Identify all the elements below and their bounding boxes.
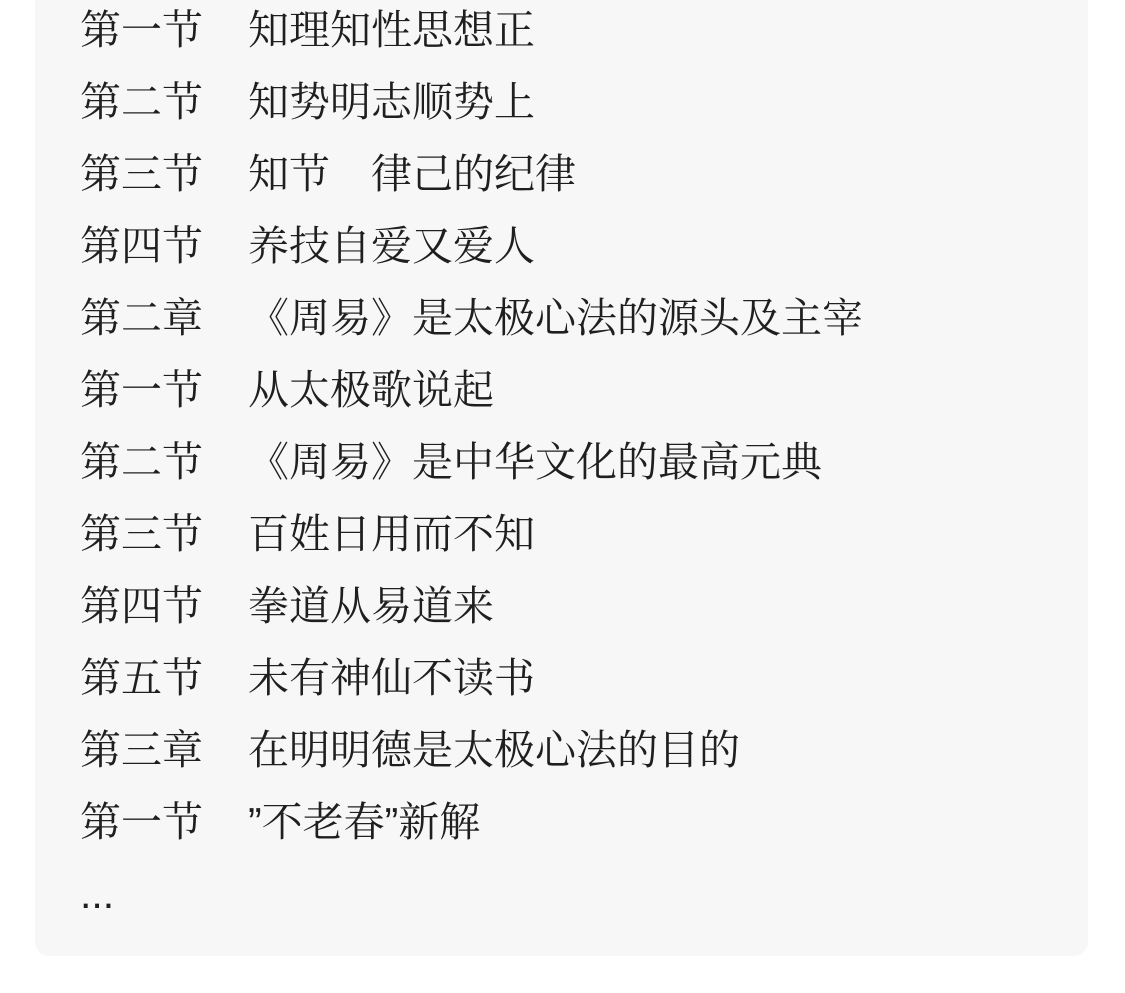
toc-entry-number: 第二节 xyxy=(80,66,248,138)
toc-entry-title: 《周易》是中华文化的最高元典 xyxy=(248,426,1058,498)
toc-entry-section: 第一节 从太极歌说起 xyxy=(80,354,1058,426)
toc-entry-title: 从太极歌说起 xyxy=(248,354,1058,426)
toc-entry-chapter: 第三章 在明明德是太极心法的目的 xyxy=(80,714,1058,786)
toc-entry-title: 知理知性思想正 xyxy=(248,0,1058,66)
toc-entry-number: 第三节 xyxy=(80,138,248,210)
toc-entry-section: 第一节 ”不老春”新解 xyxy=(80,786,1058,858)
toc-list: 第一节 知理知性思想正 第二节 知势明志顺势上 第三节 知节 律己的纪律 第四节… xyxy=(80,0,1058,930)
toc-entry-section: 第二节 《周易》是中华文化的最高元典 xyxy=(80,426,1058,498)
toc-entry-title: 养技自爱又爱人 xyxy=(248,210,1058,282)
toc-entry-section: 第三节 知节 律己的纪律 xyxy=(80,138,1058,210)
toc-ellipsis: ... xyxy=(80,858,1058,930)
toc-entry-number: 第一节 xyxy=(80,786,248,858)
toc-entry-section: 第五节 未有神仙不读书 xyxy=(80,642,1058,714)
toc-entry-title: 知势明志顺势上 xyxy=(248,66,1058,138)
toc-entry-number: 第三节 xyxy=(80,498,248,570)
toc-entry-section: 第四节 拳道从易道来 xyxy=(80,570,1058,642)
toc-entry-number: 第四节 xyxy=(80,570,248,642)
toc-entry-section: 第四节 养技自爱又爱人 xyxy=(80,210,1058,282)
toc-entry-title: 《周易》是太极心法的源头及主宰 xyxy=(248,282,1058,354)
toc-entry-number: 第一节 xyxy=(80,354,248,426)
toc-entry-title: 在明明德是太极心法的目的 xyxy=(248,714,1058,786)
toc-entry-chapter: 第二章 《周易》是太极心法的源头及主宰 xyxy=(80,282,1058,354)
toc-entry-number: 第五节 xyxy=(80,642,248,714)
toc-entry-title: 知节 律己的纪律 xyxy=(248,138,1058,210)
toc-entry-title: 未有神仙不读书 xyxy=(248,642,1058,714)
toc-entry-number: 第三章 xyxy=(80,714,248,786)
toc-entry-number: 第二章 xyxy=(80,282,248,354)
toc-entry-section: 第二节 知势明志顺势上 xyxy=(80,66,1058,138)
toc-entry-title: ”不老春”新解 xyxy=(248,786,1058,858)
toc-entry-title: 拳道从易道来 xyxy=(248,570,1058,642)
toc-entry-number: 第四节 xyxy=(80,210,248,282)
toc-card: 第一节 知理知性思想正 第二节 知势明志顺势上 第三节 知节 律己的纪律 第四节… xyxy=(35,0,1088,956)
toc-entry-number: 第一节 xyxy=(80,0,248,66)
toc-entry-title: 百姓日用而不知 xyxy=(248,498,1058,570)
page: { "page": { "background_color": "#ffffff… xyxy=(0,0,1125,993)
toc-entry-number: 第二节 xyxy=(80,426,248,498)
toc-entry-section: 第三节 百姓日用而不知 xyxy=(80,498,1058,570)
toc-entry-section: 第一节 知理知性思想正 xyxy=(80,0,1058,66)
